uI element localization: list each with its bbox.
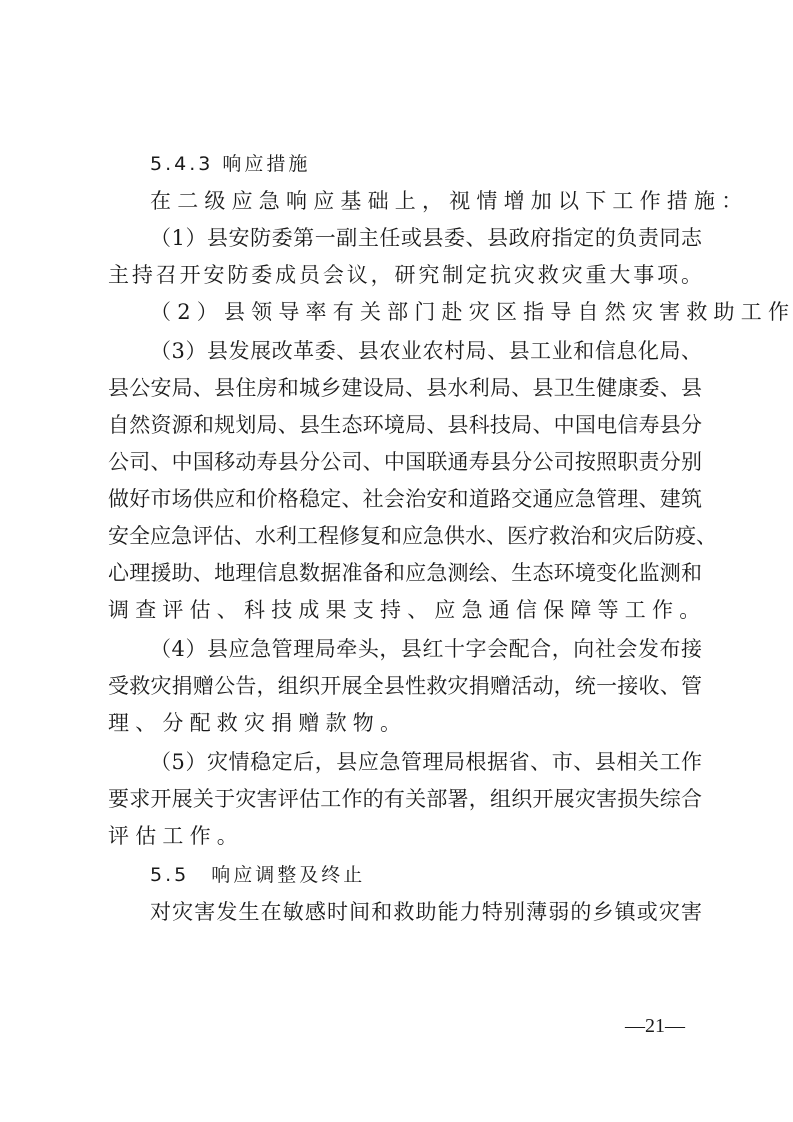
item-3-line-5: 做好市场供应和价格稳定、社会治安和道路交通应急管理、建筑: [108, 481, 702, 518]
item-3-line-6: 安全应急评估、水利工程修复和应急供水、医疗救治和灾后防疫、: [108, 518, 702, 555]
item-1-line-1: （1）县安防委第一副主任或县委、县政府指定的负责同志: [108, 220, 702, 257]
item-1-line-2: 主持召开安防委成员会议，研究制定抗灾救灾重大事项。: [108, 257, 702, 294]
item-5-line-2: 要求开展关于灾害评估工作的有关部署，组织开展灾害损失综合: [108, 781, 702, 818]
section-heading-5-4-3: 5.4.3 响应措施: [108, 146, 310, 183]
section-heading-5-5: 5.5 响应调整及终止: [108, 857, 365, 894]
item-5-line-3: 评估工作。: [108, 818, 244, 855]
item-3-line-8: 调查评估、科技成果支持、应急通信保障等工作。: [108, 592, 706, 629]
item-4-line-2: 受救灾捐赠公告，组织开展全县性救灾捐赠活动，统一接收、管: [108, 668, 702, 705]
item-3-line-3: 自然资源和规划局、县生态环境局、县科技局、中国电信寿县分: [108, 407, 702, 444]
item-2-line-1: （2）县领导率有关部门赴灾区指导自然灾害救助工作。: [108, 294, 793, 331]
section-intro: 在二级应急响应基础上，视情增加以下工作措施：: [108, 183, 748, 220]
item-4-line-1: （4）县应急管理局牵头，县红十字会配合，向社会发布接: [108, 631, 702, 668]
item-5-line-1: （5）灾情稳定后，县应急管理局根据省、市、县相关工作: [108, 744, 702, 781]
item-3-line-2: 县公安局、县住房和城乡建设局、县水利局、县卫生健康委、县: [108, 370, 702, 407]
section-5-5-line-1: 对灾害发生在敏感时间和救助能力特别薄弱的乡镇或灾害: [108, 894, 702, 931]
page-number: —21—: [625, 1014, 685, 1038]
item-3-line-1: （3）县发展改革委、县农业农村局、县工业和信息化局、: [108, 333, 702, 370]
item-3-line-7: 心理援助、地理信息数据准备和应急测绘、生态环境变化监测和: [108, 555, 702, 592]
item-3-line-4: 公司、中国移动寿县分公司、中国联通寿县分公司按照职责分别: [108, 444, 702, 481]
item-4-line-3: 理、分配救灾捐赠款物。: [108, 705, 407, 742]
